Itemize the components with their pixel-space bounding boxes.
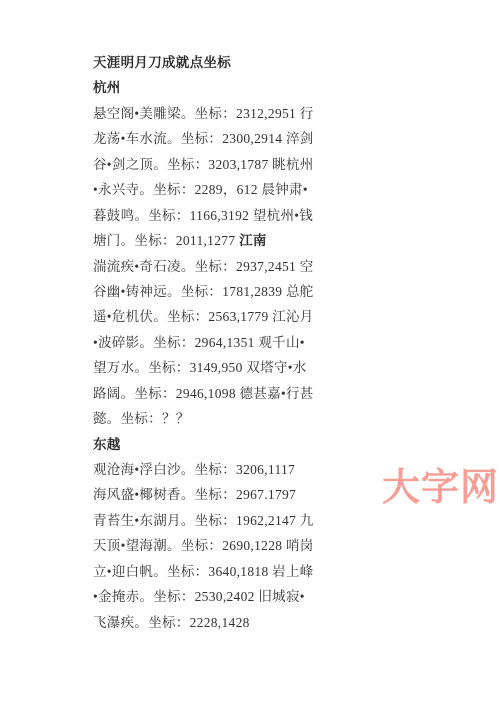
text-segment: 遥•危机伏。坐标：2563,1779 江沁月	[93, 309, 314, 324]
text-segment: 天顶•望海潮。坐标：2690,1228 哨岗	[93, 538, 314, 553]
text-segment: •金掩赤。坐标：2530,2402 旧城寂•	[93, 589, 305, 604]
text-line: 暮鼓鸣。坐标：1166,3192 望杭州•钱	[93, 203, 333, 228]
text-segment: 天涯明月刀成就点坐标	[93, 55, 231, 70]
text-line: 塘门。坐标：2011,1277 江南	[93, 228, 333, 253]
text-line: 路阔。坐标：2946,1098 德甚嘉•行甚	[93, 381, 333, 406]
text-line: •金掩赤。坐标：2530,2402 旧城寂•	[93, 584, 333, 609]
text-segment: 塘门。坐标：2011,1277	[93, 233, 239, 248]
text-line: 悬空阁•美雕梁。坐标：2312,2951 行	[93, 101, 333, 126]
text-line: 湍流疾•奇石凌。坐标：2937,2451 空	[93, 254, 333, 279]
text-line: 立•迎白帆。坐标：3640,1818 岩上峰	[93, 559, 333, 584]
text-segment: 观沧海•浮白沙。坐标：3206,1117	[93, 462, 295, 477]
text-line: 懿。坐标：？？	[93, 406, 333, 431]
text-segment: 懿。坐标：？？	[93, 411, 190, 426]
watermark: 大字网	[382, 456, 499, 511]
section-heading: 东越	[93, 432, 333, 457]
page: 天涯明月刀成就点坐标杭州悬空阁•美雕梁。坐标：2312,2951 行龙荡•车水流…	[0, 0, 500, 707]
text-segment: 东越	[93, 437, 121, 452]
text-line: 龙荡•车水流。坐标：2300,2914 淬剑	[93, 126, 333, 151]
section-heading: 杭州	[93, 75, 333, 100]
text-line: 飞瀑疾。坐标：2228,1428	[93, 610, 333, 635]
text-segment: 谷•剑之顶。坐标：3203,1787 眺杭州	[93, 157, 314, 172]
text-segment: 路阔。坐标：2946,1098 德甚嘉•行甚	[93, 386, 314, 401]
text-line: •波碎影。坐标：2964,1351 观千山•	[93, 330, 333, 355]
text-segment: 暮鼓鸣。坐标：1166,3192 望杭州•钱	[93, 208, 313, 223]
text-line: 谷幽•铸神远。坐标：1781,2839 总舵	[93, 279, 333, 304]
text-segment: 杭州	[93, 80, 121, 95]
text-line: 海风盛•椰树香。坐标：2967.1797	[93, 482, 333, 507]
text-segment: 悬空阁•美雕梁。坐标：2312,2951 行	[93, 106, 314, 121]
text-segment: •波碎影。坐标：2964,1351 观千山•	[93, 335, 305, 350]
text-line: 观沧海•浮白沙。坐标：3206,1117	[93, 457, 333, 482]
inline-bold-text: 江南	[239, 233, 267, 248]
text-segment: 谷幽•铸神远。坐标：1781,2839 总舵	[93, 284, 314, 299]
text-segment: 青苔生•东湖月。坐标：1962,2147 九	[93, 513, 314, 528]
text-line: 谷•剑之顶。坐标：3203,1787 眺杭州	[93, 152, 333, 177]
text-line: 遥•危机伏。坐标：2563,1779 江沁月	[93, 304, 333, 329]
document-body: 天涯明月刀成就点坐标杭州悬空阁•美雕梁。坐标：2312,2951 行龙荡•车水流…	[93, 50, 333, 635]
text-line: 天顶•望海潮。坐标：2690,1228 哨岗	[93, 533, 333, 558]
text-segment: 龙荡•车水流。坐标：2300,2914 淬剑	[93, 131, 314, 146]
section-heading: 天涯明月刀成就点坐标	[93, 50, 333, 75]
text-segment: 立•迎白帆。坐标：3640,1818 岩上峰	[93, 564, 314, 579]
text-line: •永兴寺。坐标：2289，612 晨钟肃•	[93, 177, 333, 202]
text-segment: 望万水。坐标：3149,950 双塔守•水	[93, 360, 307, 375]
text-segment: 湍流疾•奇石凌。坐标：2937,2451 空	[93, 259, 314, 274]
text-segment: 飞瀑疾。坐标：2228,1428	[93, 615, 250, 630]
text-segment: 海风盛•椰树香。坐标：2967.1797	[93, 487, 296, 502]
text-segment: •永兴寺。坐标：2289，612 晨钟肃•	[93, 182, 308, 197]
text-line: 望万水。坐标：3149,950 双塔守•水	[93, 355, 333, 380]
text-line: 青苔生•东湖月。坐标：1962,2147 九	[93, 508, 333, 533]
